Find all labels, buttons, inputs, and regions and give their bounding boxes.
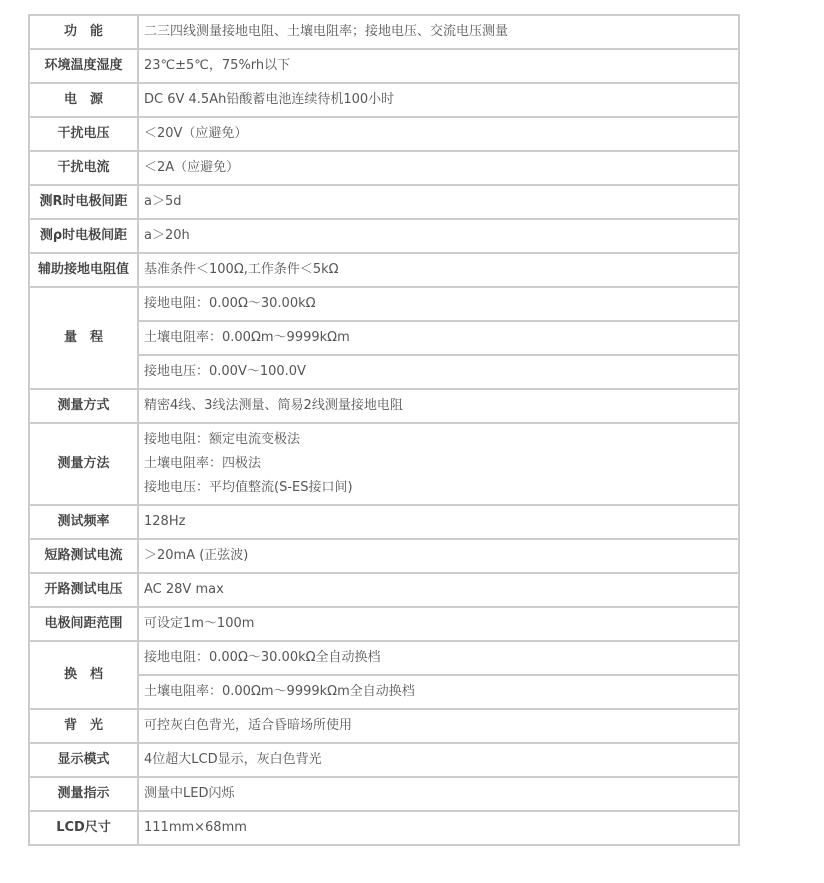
row-value: DC 6V 4.5Ah铅酸蓄电池连续待机100小时 — [138, 83, 739, 117]
table-row-power: 电 源 DC 6V 4.5Ah铅酸蓄电池连续待机100小时 — [29, 83, 739, 117]
row-value-line: 土壤电阻率：四极法 — [144, 452, 733, 476]
row-value: 接地电阻：0.00Ω～30.00kΩ — [138, 287, 739, 321]
row-value: 精密4线、3线法测量、简易2线测量接地电阻 — [138, 389, 739, 423]
row-value: 128Hz — [138, 505, 739, 539]
row-label: 功 能 — [29, 15, 138, 49]
row-value: ＞20mA (正弦波) — [138, 539, 739, 573]
row-value: 基准条件＜100Ω,工作条件＜5kΩ — [138, 253, 739, 287]
row-label: 电 源 — [29, 83, 138, 117]
row-label: 测R时电极间距 — [29, 185, 138, 219]
row-label: 测量方法 — [29, 423, 138, 505]
row-label: LCD尺寸 — [29, 811, 138, 845]
row-label: 电极间距范围 — [29, 607, 138, 641]
table-row-lcd-size: LCD尺寸 111mm×68mm — [29, 811, 739, 845]
row-value: 接地电压：0.00V～100.0V — [138, 355, 739, 389]
row-label: 换 档 — [29, 641, 138, 709]
row-value: 4位超大LCD显示，灰白色背光 — [138, 743, 739, 777]
row-value: 土壤电阻率：0.00Ωm～9999kΩm — [138, 321, 739, 355]
row-value-line: 接地电压：平均值整流(S-ES接口间) — [144, 476, 733, 500]
table-row-short-circuit-current: 短路测试电流 ＞20mA (正弦波) — [29, 539, 739, 573]
table-row-auxiliary-resistance: 辅助接地电阻值 基准条件＜100Ω,工作条件＜5kΩ — [29, 253, 739, 287]
row-value: 接地电阻：额定电流变极法 土壤电阻率：四极法 接地电压：平均值整流(S-ES接口… — [138, 423, 739, 505]
row-label: 测试频率 — [29, 505, 138, 539]
row-label: 短路测试电流 — [29, 539, 138, 573]
row-value: 23℃±5℃，75%rh以下 — [138, 49, 739, 83]
row-label: 辅助接地电阻值 — [29, 253, 138, 287]
table-row-measurement-indicator: 测量指示 测量中LED闪烁 — [29, 777, 739, 811]
table-row-electrode-spacing-range: 电极间距范围 可设定1m～100m — [29, 607, 739, 641]
row-value-line: 接地电阻：额定电流变极法 — [144, 428, 733, 452]
spec-table: 功 能 二三四线测量接地电阻、土壤电阻率；接地电压、交流电压测量 环境温度湿度 … — [28, 14, 740, 846]
row-label: 干扰电流 — [29, 151, 138, 185]
row-value: AC 28V max — [138, 573, 739, 607]
row-label: 环境温度湿度 — [29, 49, 138, 83]
table-row-display-mode: 显示模式 4位超大LCD显示，灰白色背光 — [29, 743, 739, 777]
table-row-backlight: 背 光 可控灰白色背光，适合昏暗场所使用 — [29, 709, 739, 743]
row-label: 测ρ时电极间距 — [29, 219, 138, 253]
table-row-interference-voltage: 干扰电压 ＜20V（应避免） — [29, 117, 739, 151]
row-value: 测量中LED闪烁 — [138, 777, 739, 811]
row-value: 二三四线测量接地电阻、土壤电阻率；接地电压、交流电压测量 — [138, 15, 739, 49]
table-row-function: 功 能 二三四线测量接地电阻、土壤电阻率；接地电压、交流电压测量 — [29, 15, 739, 49]
row-value: a＞20h — [138, 219, 739, 253]
row-label: 显示模式 — [29, 743, 138, 777]
table-row-environment: 环境温度湿度 23℃±5℃，75%rh以下 — [29, 49, 739, 83]
table-row-measurement-mode: 测量方式 精密4线、3线法测量、简易2线测量接地电阻 — [29, 389, 739, 423]
table-row-electrode-spacing-rho: 测ρ时电极间距 a＞20h — [29, 219, 739, 253]
row-value: a＞5d — [138, 185, 739, 219]
row-label: 测量指示 — [29, 777, 138, 811]
row-value: 接地电阻：0.00Ω～30.00kΩ全自动换档 — [138, 641, 739, 675]
table-row-open-circuit-voltage: 开路测试电压 AC 28V max — [29, 573, 739, 607]
row-label: 开路测试电压 — [29, 573, 138, 607]
row-label: 干扰电压 — [29, 117, 138, 151]
row-label: 量 程 — [29, 287, 138, 389]
table-row-measurement-method: 测量方法 接地电阻：额定电流变极法 土壤电阻率：四极法 接地电压：平均值整流(S… — [29, 423, 739, 505]
table-row-range: 量 程 接地电阻：0.00Ω～30.00kΩ — [29, 287, 739, 321]
row-value: 可设定1m～100m — [138, 607, 739, 641]
table-row-range-switching: 换 档 接地电阻：0.00Ω～30.00kΩ全自动换档 — [29, 641, 739, 675]
row-label: 背 光 — [29, 709, 138, 743]
row-value: 土壤电阻率：0.00Ωm～9999kΩm全自动换档 — [138, 675, 739, 709]
table-row-electrode-spacing-r: 测R时电极间距 a＞5d — [29, 185, 739, 219]
row-label: 测量方式 — [29, 389, 138, 423]
row-value: ＜20V（应避免） — [138, 117, 739, 151]
row-value: 111mm×68mm — [138, 811, 739, 845]
table-row-interference-current: 干扰电流 ＜2A（应避免） — [29, 151, 739, 185]
row-value: ＜2A（应避免） — [138, 151, 739, 185]
table-row-test-frequency: 测试频率 128Hz — [29, 505, 739, 539]
row-value: 可控灰白色背光，适合昏暗场所使用 — [138, 709, 739, 743]
